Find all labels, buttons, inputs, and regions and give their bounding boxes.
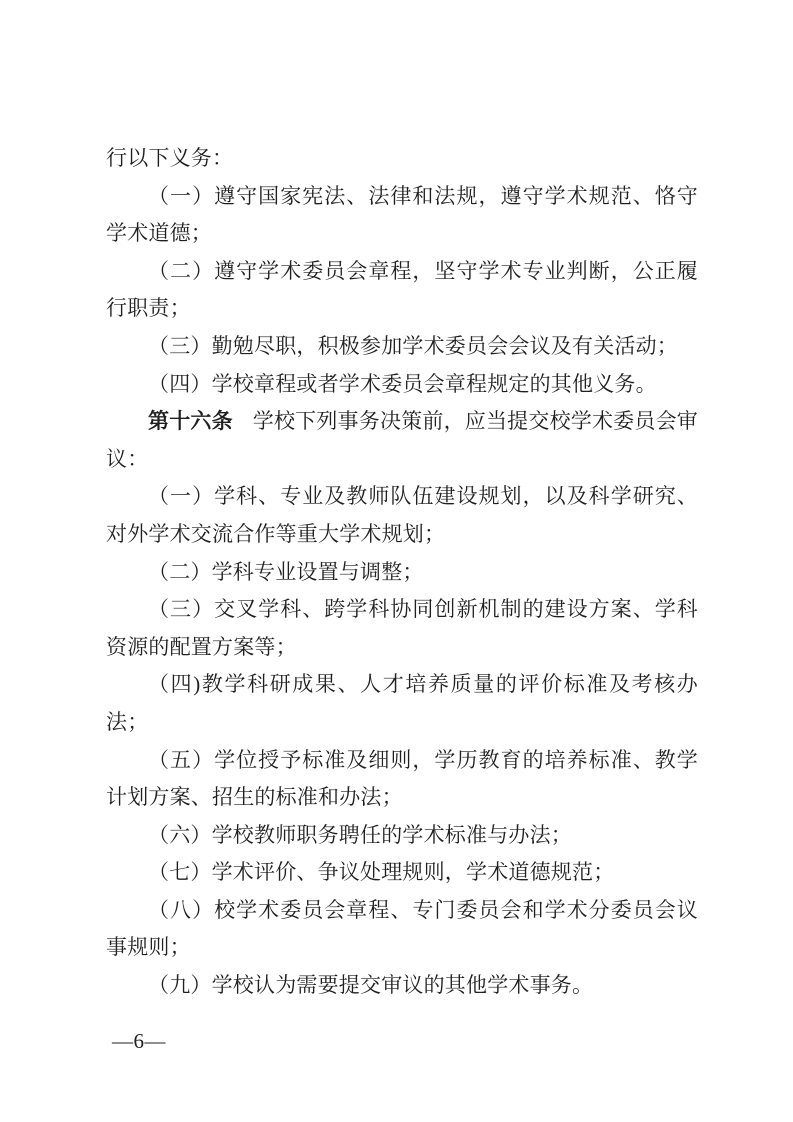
list-item-duty-4: （四）学校章程或者学术委员会章程规定的其他义务。: [106, 366, 698, 404]
article-16-number: 第十六条: [148, 409, 233, 433]
document-page: 行以下义务： （一）遵守国家宪法、法律和法规，遵守学术规范、恪守学术道德； （二…: [0, 0, 793, 1122]
list-item-duty-2: （二）遵守学术委员会章程，坚守学术专业判断，公正履行职责；: [106, 253, 698, 328]
paragraph-continuation: 行以下义务：: [106, 140, 698, 178]
list-item-matter-5: （五）学位授予标准及细则，学历教育的培养标准、教学计划方案、招生的标准和办法；: [106, 742, 698, 817]
list-item-matter-8: （八）校学术委员会章程、专门委员会和学术分委员会议事规则；: [106, 892, 698, 967]
list-item-duty-1: （一）遵守国家宪法、法律和法规，遵守学术规范、恪守学术道德；: [106, 178, 698, 253]
document-body: 行以下义务： （一）遵守国家宪法、法律和法规，遵守学术规范、恪守学术道德； （二…: [106, 140, 698, 1005]
page-number: —6—: [112, 1029, 166, 1053]
list-item-matter-4: （四)教学科研成果、人才培养质量的评价标准及考核办法；: [106, 666, 698, 741]
list-item-matter-1: （一）学科、专业及教师队伍建设规划，以及科学研究、对外学术交流合作等重大学术规划…: [106, 478, 698, 553]
list-item-duty-3: （三）勤勉尽职，积极参加学术委员会会议及有关活动；: [106, 328, 698, 366]
list-item-matter-9: （九）学校认为需要提交审议的其他学术事务。: [106, 967, 698, 1005]
list-item-matter-3: （三）交叉学科、跨学科协同创新机制的建设方案、学科资源的配置方案等；: [106, 591, 698, 666]
list-item-matter-2: （二）学科专业设置与调整；: [106, 554, 698, 592]
list-item-matter-7: （七）学术评价、争议处理规则，学术道德规范；: [106, 854, 698, 892]
article-16-paragraph: 第十六条学校下列事务决策前，应当提交校学术委员会审议：: [106, 403, 698, 478]
list-item-matter-6: （六）学校教师职务聘任的学术标准与办法；: [106, 817, 698, 855]
page-footer: —6—: [112, 1026, 166, 1056]
